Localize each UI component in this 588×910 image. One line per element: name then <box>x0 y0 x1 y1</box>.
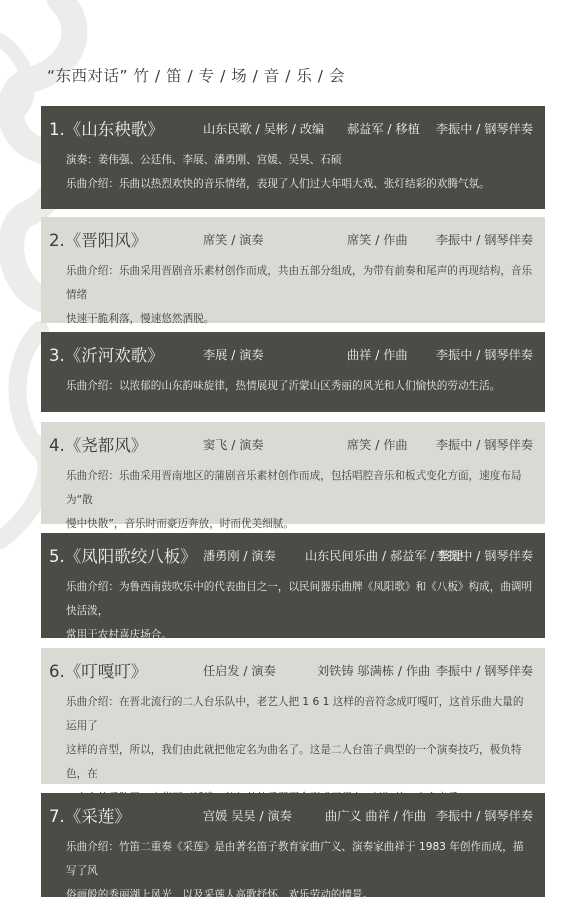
credit-piano: 李振中 / 钢琴伴奏 <box>436 120 533 137</box>
description-line: 乐曲介绍：乐曲采用晋南地区的蒲剧音乐素材创作而成，包括唱腔音乐和板式变化方面，速… <box>66 464 533 512</box>
program-card-3: 3.《沂河欢歌》 李展 / 演奏 曲祥 / 作曲 李振中 / 钢琴伴奏 乐曲介绍… <box>41 332 545 412</box>
description-line: 乐曲介绍：以浓郁的山东韵味旋律，热情展现了沂蒙山区秀丽的风光和人们愉快的劳动生活… <box>66 374 533 398</box>
credit-performer: 潘勇刚 / 演奏 <box>203 547 276 564</box>
description-line: 俗画般的秀丽湖上风光，以及采莲人高歌抒怀、欢乐劳动的情景。 <box>66 883 533 907</box>
program-description: 乐曲介绍：在晋北流行的二人台乐队中，老艺人把 1 6 1 这样的音符念成叮嘎叮，… <box>49 690 533 810</box>
credit-piano: 李振中 / 钢琴伴奏 <box>436 807 533 824</box>
description-line: 常用于农村喜庆场合。 <box>66 623 533 647</box>
description-line: 乐曲介绍：为鲁西南鼓吹乐中的代表曲目之一，以民间器乐曲牌《凤阳歌》和《八板》构成… <box>66 575 533 623</box>
credit-piano: 李振中 / 钢琴伴奏 <box>436 231 533 248</box>
credit-performer: 任启发 / 演奏 <box>203 662 276 679</box>
description-line: 乐曲介绍：乐曲以热烈欢快的音乐情绪，表现了人们过大年唱大戏、张灯结彩的欢腾气氛。 <box>66 172 533 196</box>
description-line: 乐曲介绍：竹笛二重奏《采莲》是由著名笛子教育家曲广义、演奏家曲祥于 1983 年… <box>66 835 533 883</box>
credit-piano: 李振中 / 钢琴伴奏 <box>436 436 533 453</box>
credit-composer: 刘铁铸 邬满栋 / 作曲 <box>317 662 430 679</box>
program-card-5: 5.《凤阳歌绞八板》 潘勇刚 / 演奏 山东民间乐曲 / 郝益军 / 整理 李振… <box>41 533 545 638</box>
description-line: 快速干脆利落，慢速悠然洒脱。 <box>66 307 533 331</box>
program-header: 3.《沂河欢歌》 李展 / 演奏 曲祥 / 作曲 李振中 / 钢琴伴奏 <box>49 340 533 374</box>
program-card-2: 2.《晋阳风》 席笑 / 演奏 席笑 / 作曲 李振中 / 钢琴伴奏 乐曲介绍：… <box>41 217 545 323</box>
program-card-7: 7.《采莲》 宫媛 吴昊 / 演奏 曲广义 曲祥 / 作曲 李振中 / 钢琴伴奏… <box>41 793 545 897</box>
program-description: 乐曲介绍：为鲁西南鼓吹乐中的代表曲目之一，以民间器乐曲牌《凤阳歌》和《八板》构成… <box>49 575 533 647</box>
program-title: 4.《尧都风》 <box>49 432 147 456</box>
program-description: 乐曲介绍：以浓郁的山东韵味旋律，热情展现了沂蒙山区秀丽的风光和人们愉快的劳动生活… <box>49 374 533 398</box>
program-title: 2.《晋阳风》 <box>49 227 147 251</box>
program-description: 演奏：姜伟强、公廷伟、李展、潘勇刚、宫媛、吴昊、石硕 乐曲介绍：乐曲以热烈欢快的… <box>49 148 533 196</box>
credit-composer: 曲广义 曲祥 / 作曲 <box>325 807 426 824</box>
program-header: 7.《采莲》 宫媛 吴昊 / 演奏 曲广义 曲祥 / 作曲 李振中 / 钢琴伴奏 <box>49 801 533 835</box>
performers-line: 演奏：姜伟强、公廷伟、李展、潘勇刚、宫媛、吴昊、石硕 <box>66 148 533 172</box>
program-header: 1.《山东秧歌》 山东民歌 / 吴彬 / 改编 郝益军 / 移植 李振中 / 钢… <box>49 114 533 148</box>
program-card-1: 1.《山东秧歌》 山东民歌 / 吴彬 / 改编 郝益军 / 移植 李振中 / 钢… <box>41 106 545 209</box>
credit-performer: 宫媛 吴昊 / 演奏 <box>203 807 292 824</box>
program-description: 乐曲介绍：竹笛二重奏《采莲》是由著名笛子教育家曲广义、演奏家曲祥于 1983 年… <box>49 835 533 907</box>
program-description: 乐曲介绍：乐曲采用晋南地区的蒲剧音乐素材创作而成，包括唱腔音乐和板式变化方面，速… <box>49 464 533 536</box>
program-description: 乐曲介绍：乐曲采用晋剧音乐素材创作而成，共由五部分组成，为带有前奏和尾声的再现结… <box>49 259 533 331</box>
description-line: 乐曲介绍：乐曲采用晋剧音乐素材创作而成，共由五部分组成，为带有前奏和尾声的再现结… <box>66 259 533 307</box>
program-title: 6.《叮嘎叮》 <box>49 658 147 682</box>
description-line: 乐曲介绍：在晋北流行的二人台乐队中，老艺人把 1 6 1 这样的音符念成叮嘎叮，… <box>66 690 533 738</box>
credit-composer: 席笑 / 作曲 <box>347 231 408 248</box>
page-title: “东西对话” 竹 / 笛 / 专 / 场 / 音 / 乐 / 会 <box>47 64 345 86</box>
description-line: 这样的音型，所以，我们由此就把他定名为曲名了。这是二人台笛子典型的一个演奏技巧，… <box>66 738 533 786</box>
credit-piano: 李振中 / 钢琴伴奏 <box>436 662 533 679</box>
program-title: 5.《凤阳歌绞八板》 <box>49 543 197 567</box>
credit-composer: 席笑 / 作曲 <box>347 436 408 453</box>
credit-transcription: 郝益军 / 移植 <box>347 120 420 137</box>
program-card-4: 4.《尧都风》 窦飞 / 演奏 席笑 / 作曲 李振中 / 钢琴伴奏 乐曲介绍：… <box>41 422 545 524</box>
credit-performer: 李展 / 演奏 <box>203 346 264 363</box>
program-header: 2.《晋阳风》 席笑 / 演奏 席笑 / 作曲 李振中 / 钢琴伴奏 <box>49 225 533 259</box>
program-header: 4.《尧都风》 窦飞 / 演奏 席笑 / 作曲 李振中 / 钢琴伴奏 <box>49 430 533 464</box>
credit-performer: 窦飞 / 演奏 <box>203 436 264 453</box>
credit-arrangement: 山东民歌 / 吴彬 / 改编 <box>203 120 324 137</box>
program-header: 6.《叮嘎叮》 任启发 / 演奏 刘铁铸 邬满栋 / 作曲 李振中 / 钢琴伴奏 <box>49 656 533 690</box>
program-title: 3.《沂河欢歌》 <box>49 342 164 366</box>
program-title: 1.《山东秧歌》 <box>49 116 164 140</box>
program-header: 5.《凤阳歌绞八板》 潘勇刚 / 演奏 山东民间乐曲 / 郝益军 / 整理 李振… <box>49 541 533 575</box>
credit-piano: 李振中 / 钢琴伴奏 <box>436 547 533 564</box>
program-title: 7.《采莲》 <box>49 803 131 827</box>
credit-composer: 曲祥 / 作曲 <box>347 346 408 363</box>
credit-performer: 席笑 / 演奏 <box>203 231 264 248</box>
credit-piano: 李振中 / 钢琴伴奏 <box>436 346 533 363</box>
program-card-6: 6.《叮嘎叮》 任启发 / 演奏 刘铁铸 邬满栋 / 作曲 李振中 / 钢琴伴奏… <box>41 648 545 784</box>
